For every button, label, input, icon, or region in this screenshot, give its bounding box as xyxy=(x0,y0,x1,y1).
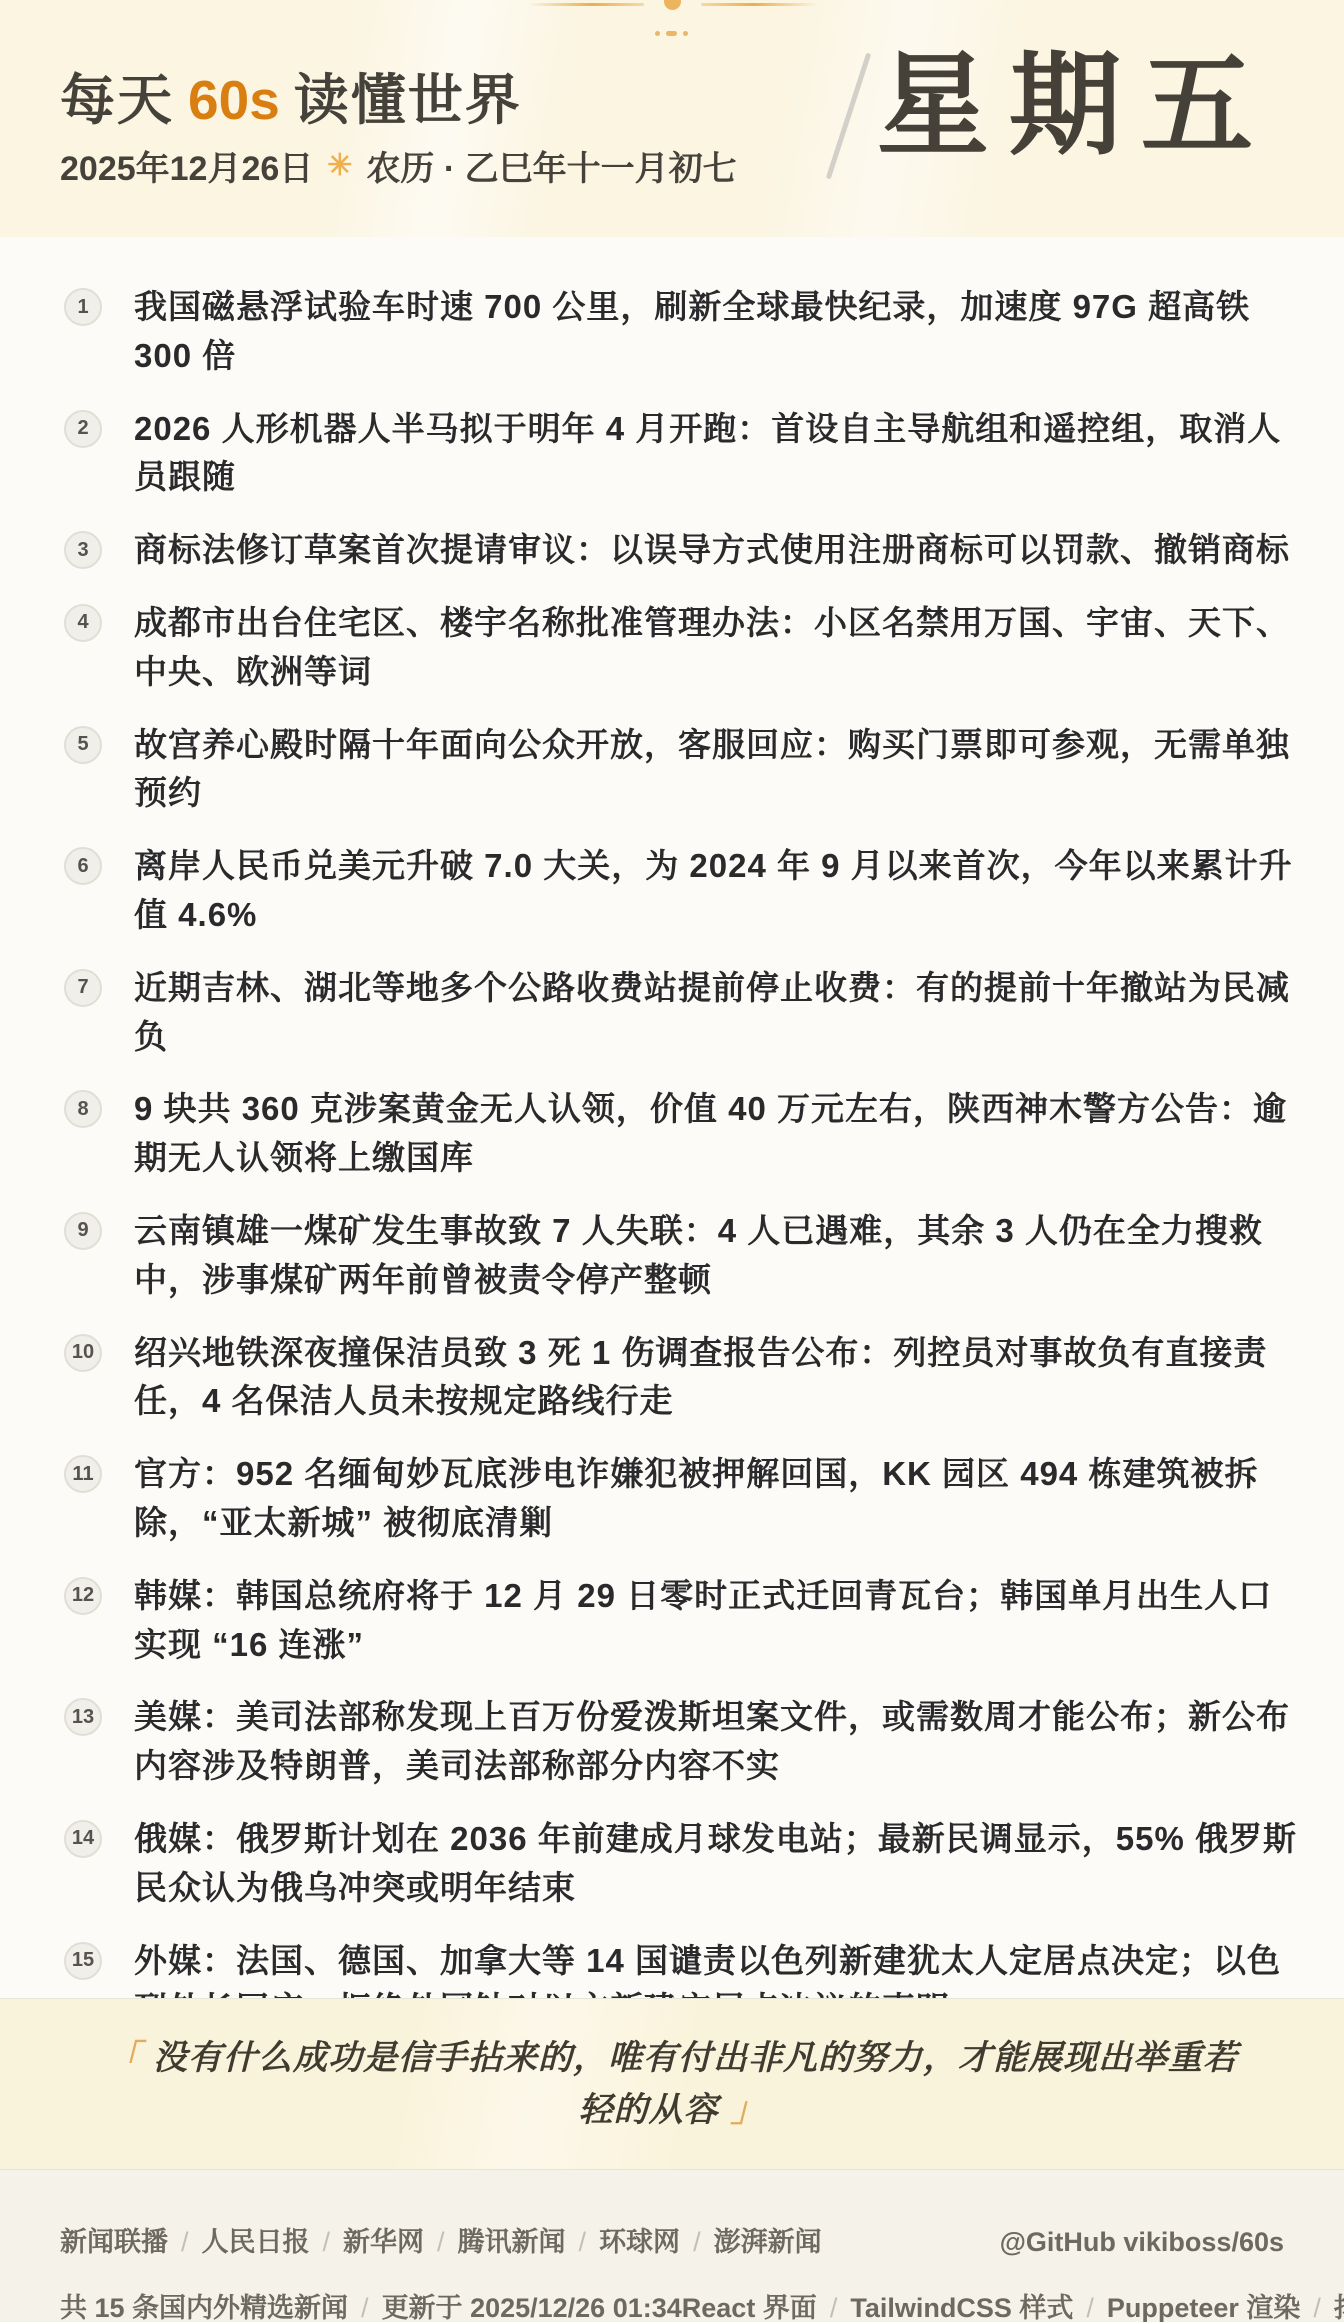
news-item-number: 12 xyxy=(64,1577,102,1615)
header: 每天 60s 读懂世界 2025年12月26日 ✳ 农历 · 乙巳年十一月初七 … xyxy=(0,0,1344,237)
slash-separator: / xyxy=(181,2227,189,2257)
footer-label: 新华网 xyxy=(343,2227,424,2257)
news-item-text: 2026 人形机器人半马拟于明年 4 月开跑：首设自主导航组和遥控组，取消人员跟… xyxy=(134,405,1300,503)
footer-label: 人民日报 xyxy=(202,2227,310,2257)
title-highlight-60s: 60s xyxy=(188,68,280,132)
news-item-text: 商标法修订草案首次提请审议：以误导方式使用注册商标可以罚款、撤销商标 xyxy=(134,526,1300,575)
quote-section: 「没有什么成功是信手拈来的，唯有付出非凡的努力，才能展现出举重若轻的从容」 xyxy=(0,1998,1344,2169)
footer-row-sources: 新闻联播/人民日报/新华网/腾讯新闻/环球网/澎湃新闻 @GitHub viki… xyxy=(60,2220,1284,2259)
news-item-text: 我国磁悬浮试验车时速 700 公里，刷新全球最快纪录，加速度 97G 超高铁 3… xyxy=(134,283,1300,381)
slash-separator: / xyxy=(1086,2293,1094,2322)
news-item-number: 15 xyxy=(64,1942,102,1980)
date-text: 2025年12月26日 xyxy=(60,141,313,190)
footer-label: 共 15 条国内外精选新闻 xyxy=(60,2293,348,2322)
github-credit: @GitHub vikiboss/60s xyxy=(1000,2227,1284,2258)
news-item-text: 韩媒：韩国总统府将于 12 月 29 日零时正式迁回青瓦台；韩国单月出生人口实现… xyxy=(134,1572,1300,1670)
news-item: 12韩媒：韩国总统府将于 12 月 29 日零时正式迁回青瓦台；韩国单月出生人口… xyxy=(64,1572,1304,1670)
news-item-number: 8 xyxy=(64,1090,102,1128)
news-summary: 共 15 条国内外精选新闻/更新于 2025/12/26 01:34 xyxy=(60,2286,682,2322)
date-row: 2025年12月26日 ✳ 农历 · 乙巳年十一月初七 xyxy=(60,141,737,190)
weekday-text: 星期五 xyxy=(877,44,1273,167)
news-item-text: 9 块共 360 克涉案黄金无人认领，价值 40 万元左右，陕西神木警方公告：逾… xyxy=(134,1085,1300,1183)
slash-divider xyxy=(826,52,872,179)
ornament-circle-icon xyxy=(664,0,681,10)
news-item-text: 外媒：法国、德国、加拿大等 14 国谴责以色列新建犹太人定居点决定；以色列外长回… xyxy=(134,1937,1300,1998)
news-item: 15外媒：法国、德国、加拿大等 14 国谴责以色列新建犹太人定居点决定；以色列外… xyxy=(64,1937,1304,1998)
ornament-line-right-icon xyxy=(701,3,817,6)
quote-close-bracket-icon: 」 xyxy=(731,2091,766,2129)
slash-separator: / xyxy=(323,2227,331,2257)
news-sources: 新闻联播/人民日报/新华网/腾讯新闻/环球网/澎湃新闻 xyxy=(60,2220,822,2259)
news-item-number: 10 xyxy=(64,1334,102,1372)
news-item: 10绍兴地铁深夜撞保洁员致 3 死 1 伤调查报告公布：列控员对事故负有直接责任… xyxy=(64,1329,1304,1427)
news-item: 1我国磁悬浮试验车时速 700 公里，刷新全球最快纪录，加速度 97G 超高铁 … xyxy=(64,283,1304,381)
quote-body: 没有什么成功是信手拈来的，唯有付出非凡的努力，才能展现出举重若轻的从容 xyxy=(153,2039,1238,2129)
footer-row-meta: 共 15 条国内外精选新闻/更新于 2025/12/26 01:34 React… xyxy=(60,2286,1284,2322)
news-item-number: 9 xyxy=(64,1212,102,1250)
footer-label: TailwindCSS 样式 xyxy=(850,2293,1073,2322)
news-item-text: 官方：952 名缅甸妙瓦底涉电诈嫌犯被押解回国，KK 园区 494 栋建筑被拆除… xyxy=(134,1450,1300,1548)
footer-label: 新闻联播 xyxy=(60,2227,168,2257)
slash-separator: / xyxy=(437,2227,445,2257)
title-prefix: 每天 xyxy=(60,56,174,135)
news-item: 9云南镇雄一煤矿发生事故致 7 人失联：4 人已遇难，其余 3 人仍在全力搜救中… xyxy=(64,1207,1304,1305)
news-item: 13美媒：美司法部称发现上百万份爱泼斯坦案文件，或需数周才能公布；新公布内容涉及… xyxy=(64,1693,1304,1791)
slash-separator: / xyxy=(830,2293,838,2322)
slash-separator: / xyxy=(361,2293,369,2322)
news-item-number: 1 xyxy=(64,288,102,326)
news-item-text: 美媒：美司法部称发现上百万份爱泼斯坦案文件，或需数周才能公布；新公布内容涉及特朗… xyxy=(134,1693,1300,1791)
news-item: 89 块共 360 克涉案黄金无人认领，价值 40 万元左右，陕西神木警方公告：… xyxy=(64,1085,1304,1183)
news-item: 5故宫养心殿时隔十年面向公众开放，客服回应：购买门票即可参观，无需单独预约 xyxy=(64,721,1304,819)
footer-label: 更新于 2025/12/26 01:34 xyxy=(382,2293,682,2322)
news-item: 6离岸人民币兑美元升破 7.0 大关，为 2024 年 9 月以来首次，今年以来… xyxy=(64,842,1304,940)
news-item-text: 近期吉林、湖北等地多个公路收费站提前停止收费：有的提前十年撤站为民减负 xyxy=(134,964,1300,1062)
news-item-text: 绍兴地铁深夜撞保洁员致 3 死 1 伤调查报告公布：列控员对事故负有直接责任，4… xyxy=(134,1329,1300,1427)
title-suffix: 读懂世界 xyxy=(294,56,522,135)
footer-label: 抖音美好体 xyxy=(1334,2293,1344,2322)
news-item: 4成都市出台住宅区、楼宇名称批准管理办法：小区名禁用万国、宇宙、天下、中央、欧洲… xyxy=(64,599,1304,697)
news-item-number: 6 xyxy=(64,847,102,885)
tech-stack: React 界面/TailwindCSS 样式/Puppeteer 渲染/抖音美… xyxy=(682,2286,1344,2322)
news-item-number: 7 xyxy=(64,969,102,1007)
news-item: 3商标法修订草案首次提请审议：以误导方式使用注册商标可以罚款、撤销商标 xyxy=(64,526,1304,575)
ornament-dot-icon xyxy=(683,31,688,36)
news-item-number: 2 xyxy=(64,410,102,448)
quote-text: 「没有什么成功是信手拈来的，唯有付出非凡的努力，才能展现出举重若轻的从容」 xyxy=(102,2032,1242,2136)
news-list: 1我国磁悬浮试验车时速 700 公里，刷新全球最快纪录，加速度 97G 超高铁 … xyxy=(0,237,1344,1998)
news-item-number: 3 xyxy=(64,531,102,569)
slash-separator: / xyxy=(579,2227,587,2257)
news-item-number: 13 xyxy=(64,1698,102,1736)
ornament-dot-icon xyxy=(655,31,660,36)
news-item-number: 11 xyxy=(64,1455,102,1493)
lunar-date-text: 农历 · 乙巳年十一月初七 xyxy=(366,141,736,190)
news-item-number: 14 xyxy=(64,1820,102,1858)
footer-label: 环球网 xyxy=(599,2227,680,2257)
footer: 新闻联播/人民日报/新华网/腾讯新闻/环球网/澎湃新闻 @GitHub viki… xyxy=(0,2169,1344,2322)
asterisk-icon: ✳ xyxy=(327,151,352,181)
ornament-line-left-icon xyxy=(528,3,644,6)
news-item-text: 云南镇雄一煤矿发生事故致 7 人失联：4 人已遇难，其余 3 人仍在全力搜救中，… xyxy=(134,1207,1300,1305)
quote-open-bracket-icon: 「 xyxy=(106,2039,141,2077)
news-item: 22026 人形机器人半马拟于明年 4 月开跑：首设自主导航组和遥控组，取消人员… xyxy=(64,405,1304,503)
news-item-text: 俄媒：俄罗斯计划在 2036 年前建成月球发电站；最新民调显示，55% 俄罗斯民… xyxy=(134,1815,1300,1913)
news-item-text: 成都市出台住宅区、楼宇名称批准管理办法：小区名禁用万国、宇宙、天下、中央、欧洲等… xyxy=(134,599,1300,697)
footer-label: React 界面 xyxy=(682,2293,817,2322)
news-item: 11官方：952 名缅甸妙瓦底涉电诈嫌犯被押解回国，KK 园区 494 栋建筑被… xyxy=(64,1450,1304,1548)
news-item-number: 4 xyxy=(64,604,102,642)
news-item-number: 5 xyxy=(64,726,102,764)
footer-label: Puppeteer 渲染 xyxy=(1107,2293,1301,2322)
ornament-dot-icon xyxy=(666,31,677,36)
footer-label: 腾讯新闻 xyxy=(458,2227,566,2257)
slash-separator: / xyxy=(1313,2293,1321,2322)
footer-label: 澎湃新闻 xyxy=(714,2227,822,2257)
news-item: 14俄媒：俄罗斯计划在 2036 年前建成月球发电站；最新民调显示，55% 俄罗… xyxy=(64,1815,1304,1913)
news-item-text: 离岸人民币兑美元升破 7.0 大关，为 2024 年 9 月以来首次，今年以来累… xyxy=(134,842,1300,940)
news-item: 7近期吉林、湖北等地多个公路收费站提前停止收费：有的提前十年撤站为民减负 xyxy=(64,964,1304,1062)
slash-separator: / xyxy=(693,2227,701,2257)
page-title: 每天 60s 读懂世界 xyxy=(60,56,522,135)
news-item-text: 故宫养心殿时隔十年面向公众开放，客服回应：购买门票即可参观，无需单独预约 xyxy=(134,721,1300,819)
